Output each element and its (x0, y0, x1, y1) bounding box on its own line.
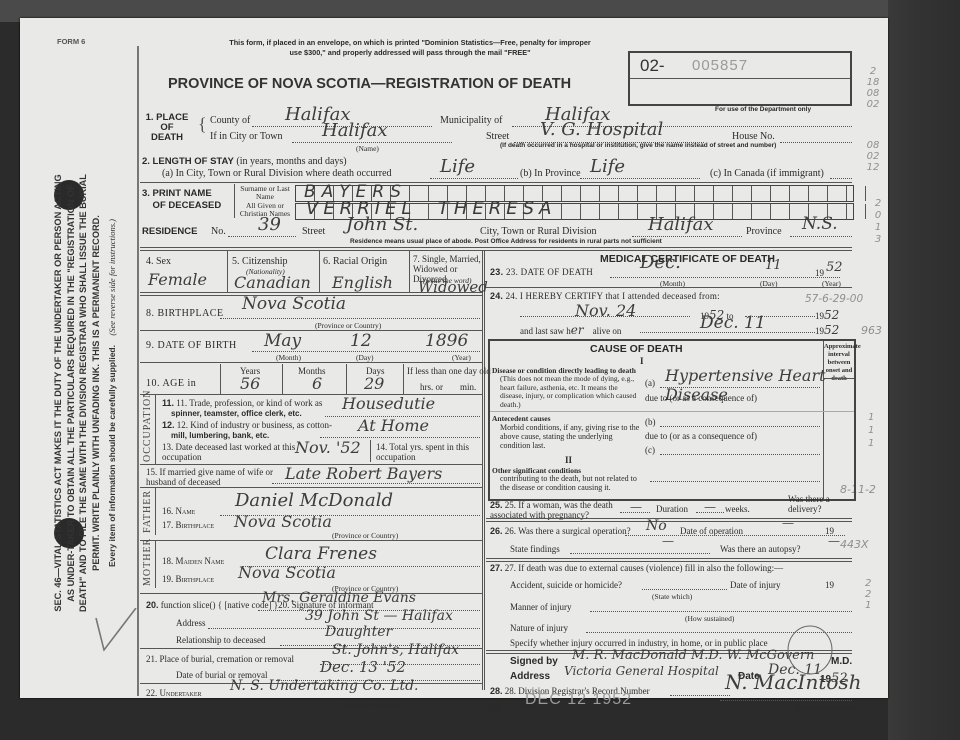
undertaker-label: 22. Undertaker (146, 688, 202, 698)
occupation-section-label: OCCUPATION (142, 396, 153, 462)
cause-b-label: (b) (645, 417, 656, 427)
last-saw-label: and last saw her alive on (520, 323, 621, 337)
accident-label: Accident, suicide or homicide? (510, 580, 622, 590)
duration-label: Duration (656, 504, 688, 514)
father-name-value[interactable]: Daniel McDonald (235, 490, 393, 511)
q25-label: 25. 25. If a woman, was the death associ… (490, 500, 650, 520)
length-of-stay-label: 2. LENGTH OF STAY (in years, months and … (142, 156, 347, 167)
signature-address-value[interactable]: Victoria General Hospital (564, 664, 719, 678)
house-label: House No. (732, 131, 775, 142)
min-label: min. (460, 382, 476, 392)
margin-codes-residence: 2013 (868, 198, 888, 246)
given-names-value: VERRIEL THERESA (306, 198, 556, 219)
years-value[interactable]: 56 (240, 374, 260, 393)
residence-city-value[interactable]: Halifax (648, 214, 714, 235)
citizenship-value[interactable]: Canadian (234, 273, 311, 292)
filed-date-stamp: DEC 12 1952 (525, 691, 632, 709)
date-of-death-label: 23. 23. DATE OF DEATH (490, 267, 593, 277)
state-which-caption: (State which) (652, 592, 692, 601)
informant-address-label: Address (176, 618, 206, 628)
total-years-label: 14. Total yrs. spent in this occupation (376, 442, 480, 462)
sex-value[interactable]: Female (148, 270, 207, 289)
mother-birthplace-value[interactable]: Nova Scotia (238, 563, 336, 582)
department-use-label: For use of the Department only (715, 106, 811, 113)
street-label: Street (486, 131, 509, 142)
margin-codes-injury: 221 (865, 578, 871, 611)
county-label: County of (210, 115, 250, 126)
injury-date-label: Date of injury (730, 580, 780, 590)
undertaker-caption: (Name and Address) (338, 701, 400, 710)
trade-label: 11. 11. Trade, profession, or kind of wo… (162, 398, 322, 419)
residence-label: RESIDENCE (142, 226, 197, 237)
form-number: FORM 6 (57, 37, 85, 46)
citizenship-label: 5. Citizenship (232, 256, 288, 267)
cause-a-label: (a) (645, 378, 655, 388)
hospital-note: (If death occurred in a hospital or inst… (500, 142, 776, 149)
delivery-label: Was there a delivery? (788, 494, 848, 514)
residence-province-label: Province (746, 226, 782, 237)
month-caption: (Month) (276, 353, 301, 362)
name-caption: (Name) (356, 144, 379, 153)
mailing-notice: This form, if placed in an envelope, on … (200, 38, 620, 58)
last-saw-year: 1952 (815, 323, 839, 337)
day-caption: (Day) (356, 353, 374, 362)
print-name-label: 3. PRINT NAME OF DECEASED (142, 188, 221, 212)
sex-label: 4. Sex (146, 256, 171, 267)
due-to-label-b: due to (or as a consequence of) (645, 431, 757, 441)
q26-value[interactable]: No (646, 518, 667, 534)
months-value[interactable]: 6 (312, 374, 322, 393)
racial-origin-value[interactable]: English (332, 273, 393, 292)
spouse-value[interactable]: Late Robert Bayers (285, 464, 442, 483)
last-worked-label: 13. Date deceased last worked at this oc… (162, 442, 312, 462)
filed-year-prefix: 19 (685, 701, 694, 711)
antecedent-note: Morbid conditions, if any, giving rise t… (500, 423, 640, 450)
surname-label: Surname or Last Name (240, 185, 290, 201)
registration-number-box: 02- 005857 (628, 51, 852, 106)
last-saw-value[interactable]: Dec. 11 (700, 313, 766, 333)
margin-code-interval: 57-6-29-00 (805, 293, 863, 305)
q27-label: 27. 27. If death was due to external cau… (490, 563, 783, 573)
infant-label: If less than one day old (407, 366, 491, 376)
place-of-death-label: 1. PLACEOFDEATH (142, 113, 192, 143)
findings-value[interactable]: — (662, 534, 674, 548)
how-sustained-caption: (How sustained) (685, 614, 734, 623)
death-year-prefix: 19 (815, 268, 824, 278)
father-birthplace-caption: (Province or Country) (332, 531, 398, 540)
margin-code-cause: 963 (861, 324, 882, 337)
hrs-label: hrs. or (420, 382, 443, 392)
margin-codes-antecedent: 111 (868, 411, 874, 450)
scan-background-right (888, 0, 960, 740)
death-year-value[interactable]: 52 (826, 260, 843, 275)
margin-codes-stay: 080212 (863, 140, 883, 173)
autopsy-label: Was there an autopsy? (720, 544, 801, 554)
year-caption: (Year) (452, 353, 471, 362)
section-two-label: II (565, 455, 572, 465)
father-birthplace-label: 17. Birthplace (162, 520, 214, 530)
where-label: Specify whether injury occurred in indus… (510, 638, 768, 648)
industry-value[interactable]: At Home (358, 416, 429, 435)
residence-no-value[interactable]: 39 (258, 214, 281, 235)
mother-section-label: MOTHER (142, 542, 153, 586)
weeks-label: weeks. (725, 504, 750, 514)
signed-by-label: Signed by (510, 656, 558, 667)
section-one-label: I (640, 356, 644, 366)
attended-to-year: 1952 (815, 308, 839, 322)
registrar-signature[interactable]: N. MacIntosh (725, 670, 862, 694)
residence-province-value[interactable]: N.S. (802, 214, 838, 234)
cause-c-label: (c) (645, 445, 655, 455)
brace: { (198, 114, 207, 135)
spouse-label: 15. If married give name of wife or husb… (146, 467, 276, 487)
city-value[interactable]: Halifax (322, 120, 388, 141)
birthplace-caption: (Province or Country) (315, 321, 381, 330)
signature-address-label: Address (510, 671, 550, 682)
dob-label: 9. DATE OF BIRTH (146, 340, 237, 351)
stay-canada-label: (c) In Canada (if immigrant) (710, 168, 824, 179)
last-worked-value[interactable]: Nov. '52 (295, 438, 361, 457)
q25-value[interactable]: — (630, 500, 642, 514)
residence-street-label: Street (302, 226, 325, 237)
form-title: PROVINCE OF NOVA SCOTIA—REGISTRATION OF … (168, 76, 571, 92)
margin-code-external: 443X (840, 538, 869, 551)
death-day-value[interactable]: 11 (765, 258, 782, 273)
column-divider (482, 250, 485, 690)
margin-codes-top: 2180802 (863, 66, 883, 110)
birthplace-label: 8. BIRTHPLACE (146, 308, 224, 319)
findings-label: State findings (510, 544, 560, 554)
nature-label: Nature of injury (510, 623, 568, 633)
residence-note: Residence means usual place of abode. Po… (350, 238, 662, 245)
racial-origin-label: 6. Racial Origin (323, 256, 387, 267)
days-value[interactable]: 29 (364, 374, 384, 393)
dob-day-value[interactable]: 12 (350, 331, 372, 351)
residence-city-label: City, Town or Rural Division (480, 226, 597, 237)
trade-value[interactable]: Housedutie (342, 394, 435, 413)
stay-province-label: (b) In Province (520, 168, 581, 179)
stay-province-value[interactable]: Life (590, 156, 625, 177)
informant-signature-value[interactable]: Mrs. Geraldine Evans (262, 590, 416, 606)
injury-year-prefix: 19 (825, 580, 834, 590)
residence-no-label: No. (211, 226, 226, 237)
residence-street-value[interactable]: John St. (346, 214, 418, 235)
age-label: 10. AGE in (146, 378, 196, 389)
footer-note: Every item of information should be care… (107, 345, 117, 567)
due-to-label-a: due to (or as a consequence of) (645, 393, 757, 403)
dob-year-value[interactable]: 1896 (425, 331, 468, 351)
mother-maiden-label: 18. Maiden Name (162, 556, 224, 566)
direct-cause-note: (This does not mean the mode of dying, e… (500, 375, 640, 409)
death-month-value[interactable]: Dec. (640, 252, 681, 273)
city-label: If in City or Town (210, 131, 282, 142)
antecedent-label: Antecedent causes (492, 414, 551, 423)
signature-flourish-icon (780, 618, 840, 678)
other-conditions-note: contributing to the death, but not relat… (500, 474, 640, 492)
reverse-note: (See reverse side for instructions.) (107, 219, 117, 336)
burial-date-value[interactable]: Dec. 13 '52 (320, 658, 406, 676)
statute-text: SEC. 46—VITAL STATISTICS ACT MAKES IT TH… (52, 168, 102, 618)
cause-of-death-box: Approximate interval between onset and d… (488, 339, 856, 501)
cause-of-death-title: CAUSE OF DEATH (590, 343, 683, 355)
undertaker-value[interactable]: N. S. Undertaking Co. Ltd. (230, 678, 419, 694)
stay-city-value[interactable]: Life (440, 156, 475, 177)
municipality-label: Municipality of (440, 115, 503, 126)
informant-address-value[interactable]: 39 John St — Halifax (305, 608, 453, 624)
mother-birthplace-label: 19. Birthplace (162, 574, 214, 584)
relationship-label: Relationship to deceased (176, 635, 265, 645)
q26-label: 26. 26. Was there a surgical operation? (490, 526, 631, 536)
mother-maiden-value[interactable]: Clara Frenes (265, 544, 377, 564)
registration-number: 005857 (692, 57, 748, 74)
registrar-caption: (Division Registrar) (795, 703, 855, 712)
signed-by-value[interactable]: M. R. MacDonald M.D. W. McGovern (572, 648, 814, 663)
medical-certificate-title: MEDICAL CERTIFICATE OF DEATH (600, 253, 775, 265)
stay-city-label: (a) In City, Town or Rural Division wher… (162, 168, 392, 179)
death-registration-form: FORM 6 SEC. 46—VITAL STATISTICS ACT MAKE… (20, 18, 888, 698)
relationship-value[interactable]: Daughter (325, 624, 392, 640)
check-mark-icon (90, 608, 140, 668)
street-value[interactable]: V. G. Hospital (540, 119, 663, 140)
duration-value[interactable]: — (704, 500, 716, 514)
manner-label: Manner of injury (510, 602, 571, 612)
burial-place-label: 21. Place of burial, cremation or remova… (146, 654, 294, 664)
burial-place-value[interactable]: St. John's, Halifax (332, 642, 459, 658)
certify-label: 24. 24. I HEREBY CERTIFY that I attended… (490, 291, 720, 301)
father-name-label: 16. Name (162, 506, 195, 516)
birthplace-value[interactable]: Nova Scotia (242, 294, 346, 314)
dob-month-value[interactable]: May (264, 331, 301, 351)
father-birthplace-value[interactable]: Nova Scotia (234, 512, 332, 531)
father-section-label: FATHER (142, 489, 153, 533)
autopsy-value[interactable]: — (828, 534, 840, 548)
registration-prefix: 02- (640, 56, 665, 76)
operation-date-value[interactable]: — (782, 516, 794, 530)
attended-from-value[interactable]: Nov. 24 (575, 301, 636, 320)
statute-notice: SEC. 46—VITAL STATISTICS ACT MAKES IT TH… (52, 168, 148, 618)
